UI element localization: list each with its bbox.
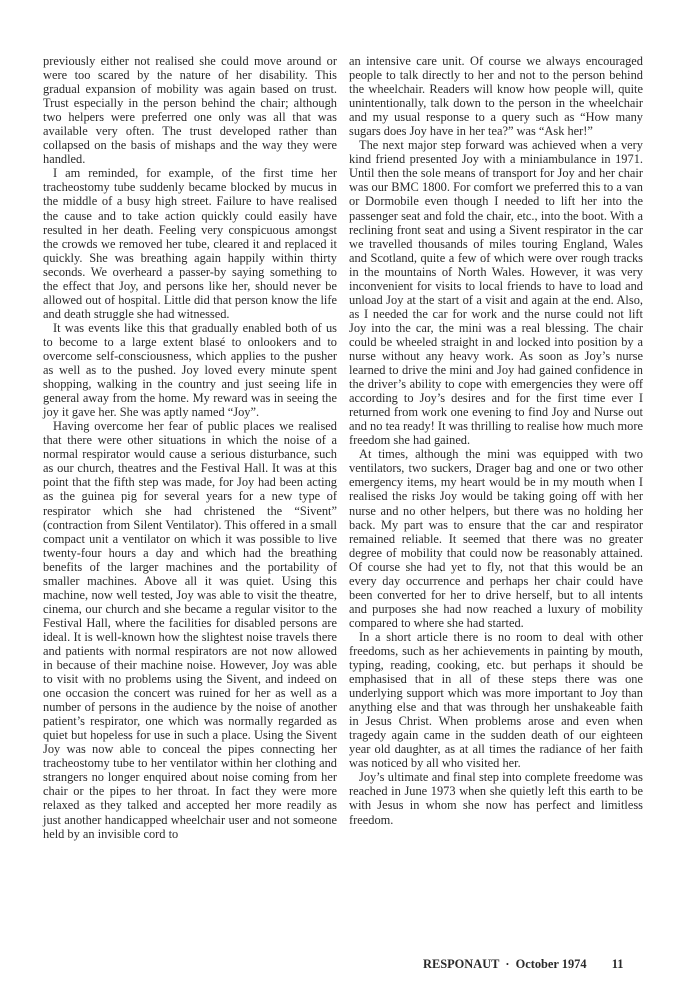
paragraph-onlookers: It was events like this that gradually e…: [43, 321, 337, 419]
paragraph-faith: In a short article there is no room to d…: [349, 630, 643, 770]
paragraph-tube-blockage: I am reminded, for example, of the first…: [43, 166, 337, 321]
publication-name: RESPONAUT: [423, 957, 499, 971]
footer-separator: ·: [505, 957, 509, 971]
paragraph-continued: previously either not realised she could…: [43, 54, 337, 166]
left-text-column: previously either not realised she could…: [43, 54, 337, 841]
issue-date: October 1974: [516, 957, 587, 971]
magazine-page: previously either not realised she could…: [0, 0, 690, 1005]
page-number: 11: [612, 957, 624, 972]
paragraph-final-step: Joy’s ultimate and final step into compl…: [349, 770, 643, 826]
paragraph-mini-ambulance: The next major step forward was achieved…: [349, 138, 643, 447]
paragraph-continued: an intensive care unit. Of course we alw…: [349, 54, 643, 138]
page-footer: RESPONAUT · October 1974 11: [423, 957, 623, 972]
paragraph-emergency-items: At times, although the mini was equipped…: [349, 447, 643, 630]
right-text-column: an intensive care unit. Of course we alw…: [349, 54, 643, 827]
paragraph-sivent-respirator: Having overcome her fear of public place…: [43, 419, 337, 840]
